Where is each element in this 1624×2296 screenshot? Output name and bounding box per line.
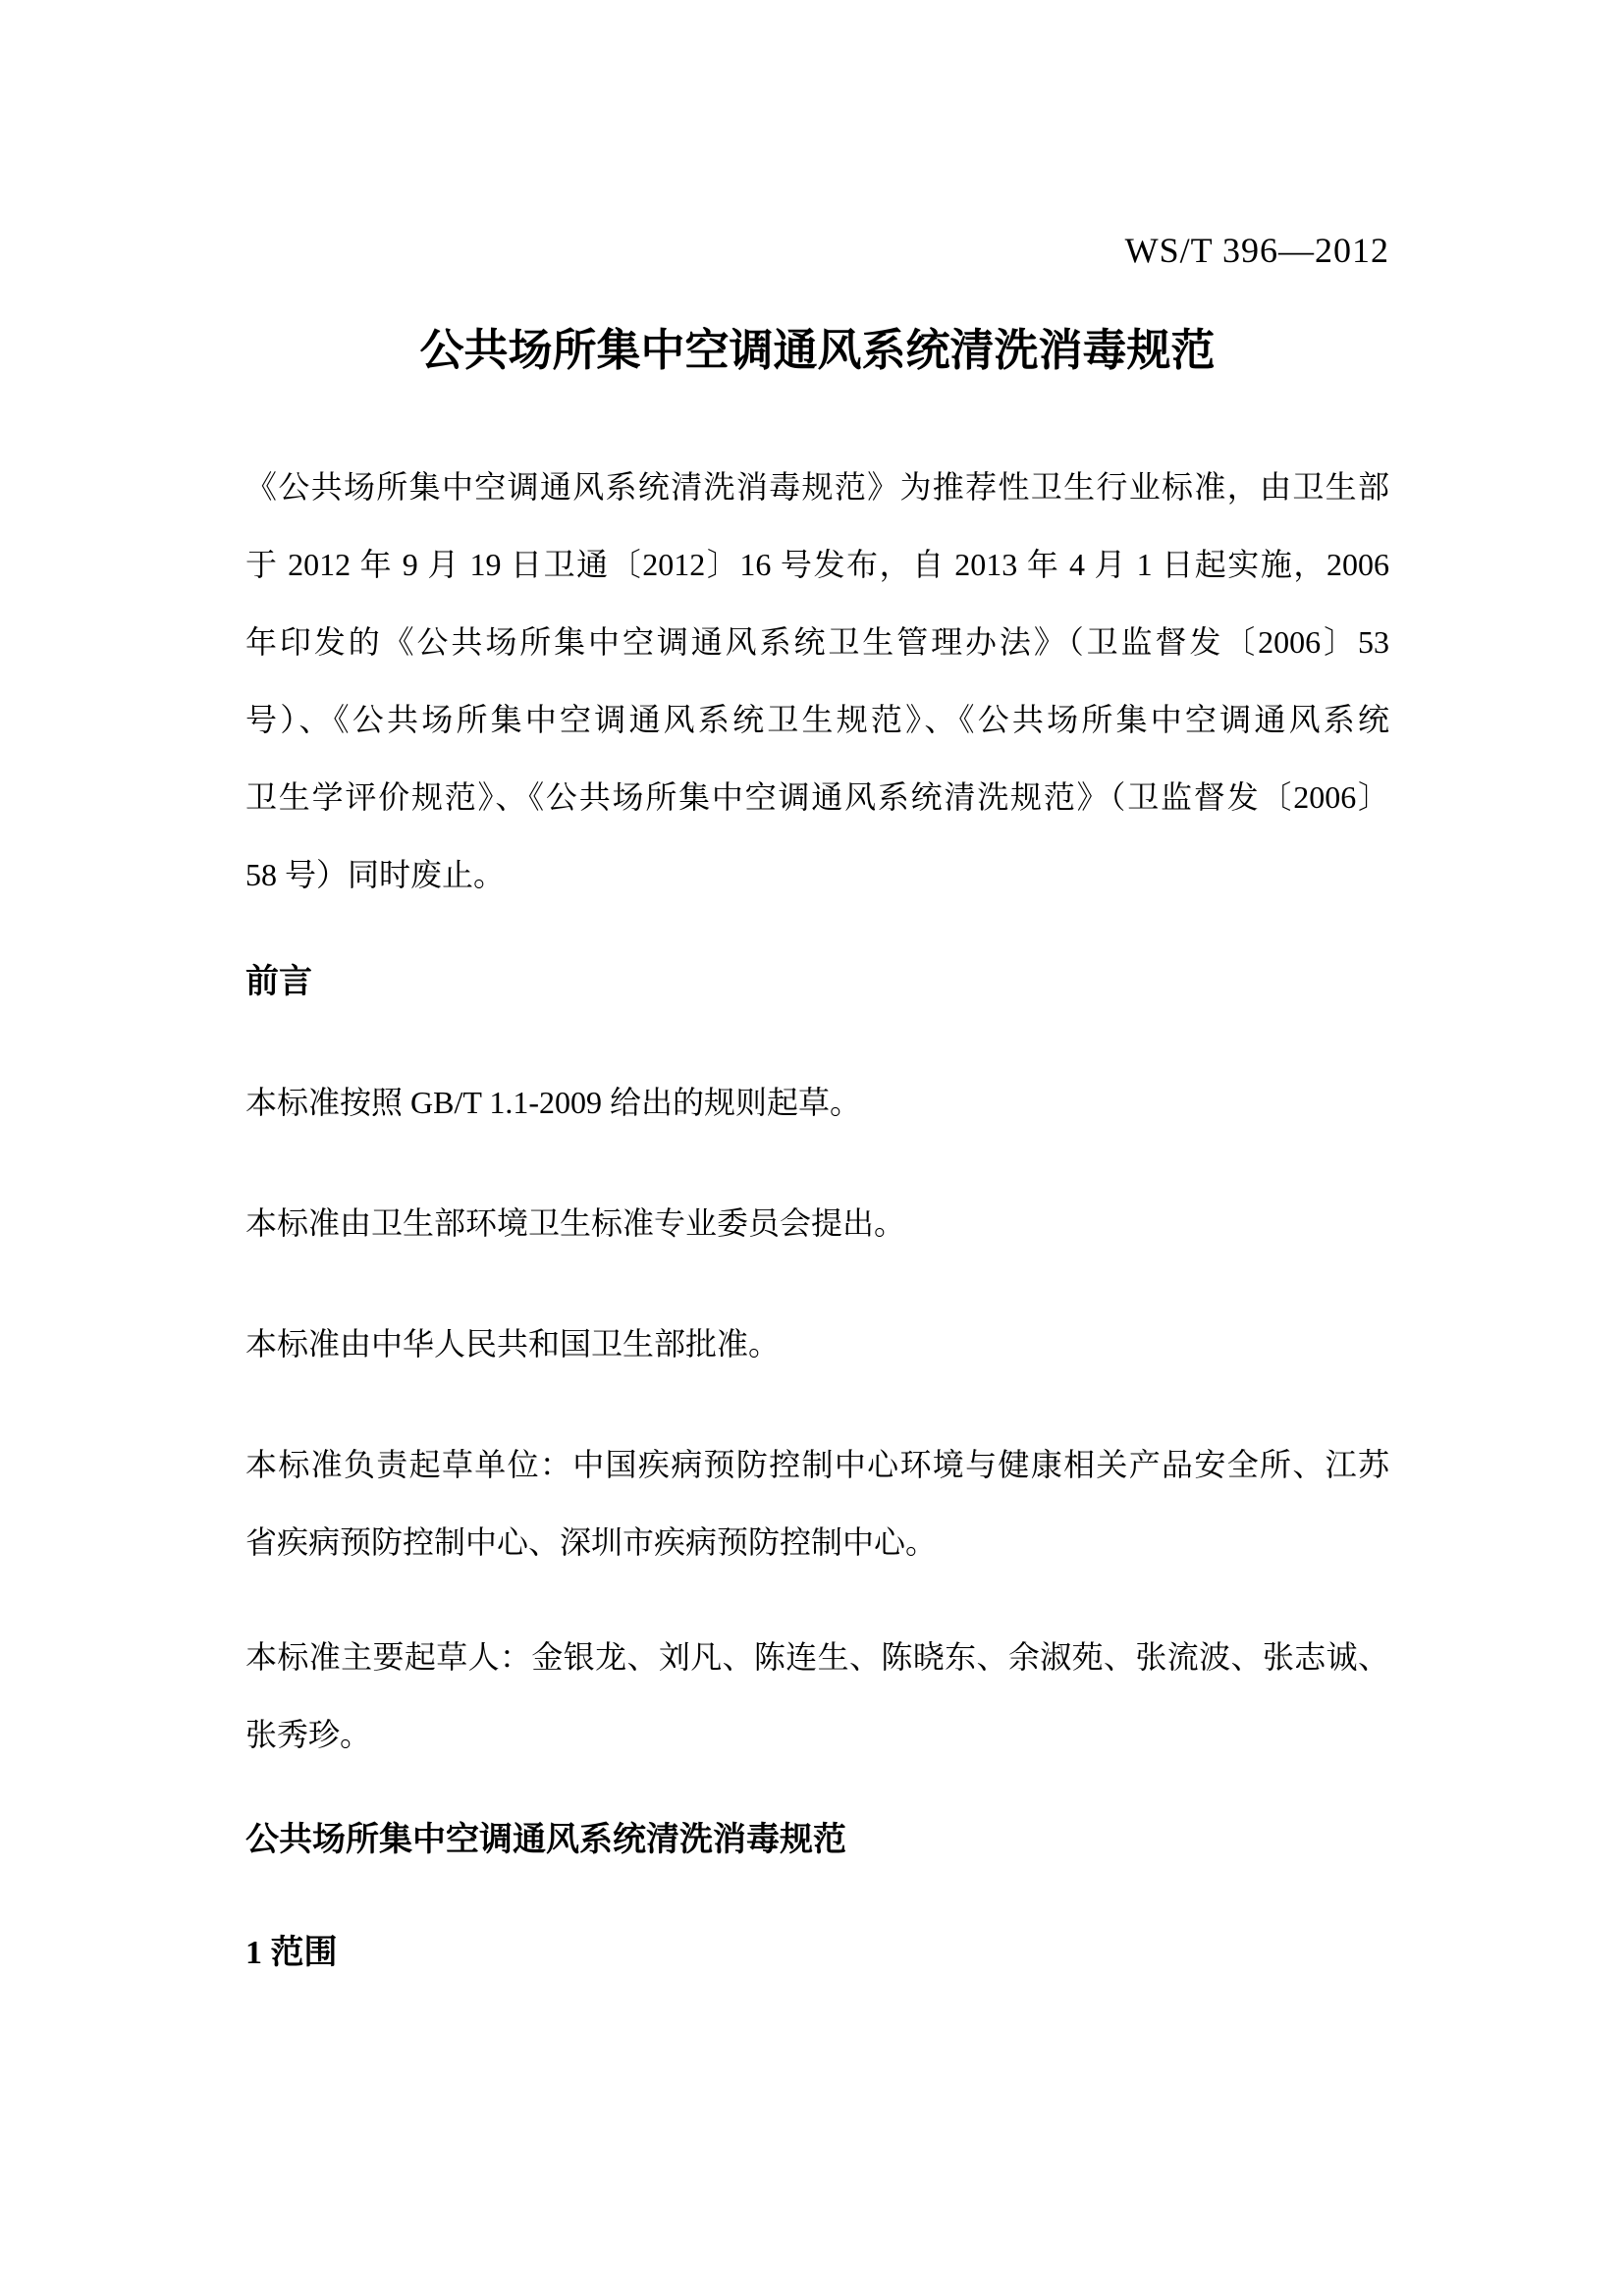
intro-line: 于 2012 年 9 月 19 日卫通〔2012〕16 号发布，自 2013 年… [245, 526, 1389, 604]
paragraph-line: 本标准由卫生部环境卫生标准专业委员会提出。 [245, 1185, 1389, 1262]
foreword-heading: 前言 [245, 943, 1389, 1021]
section-title: 公共场所集中空调通风系统清洗消毒规范 [245, 1801, 1389, 1879]
paragraph-line: 本标准负责起草单位：中国疾病预防控制中心环境与健康相关产品安全所、江苏 [245, 1426, 1389, 1504]
document-title: 公共场所集中空调通风系统清洗消毒规范 [245, 324, 1389, 378]
intro-line: 卫生学评价规范》、《公共场所集中空调通风系统清洗规范》（卫监督发〔2006〕 [245, 759, 1389, 836]
paragraph-drafting-organizations: 本标准负责起草单位：中国疾病预防控制中心环境与健康相关产品安全所、江苏 省疾病预… [245, 1426, 1389, 1581]
paragraph-line: 本标准主要起草人：金银龙、刘凡、陈连生、陈晓东、余淑苑、张流波、张志诚、 [245, 1619, 1389, 1696]
intro-line: 年印发的《公共场所集中空调通风系统卫生管理办法》（卫监督发〔2006〕53 [245, 604, 1389, 681]
paragraph-proposed-by: 本标准由卫生部环境卫生标准专业委员会提出。 [245, 1185, 1389, 1262]
intro-paragraph: 《公共场所集中空调通风系统清洗消毒规范》为推荐性卫生行业标准，由卫生部 于 20… [245, 449, 1389, 914]
intro-line: 号）、《公共场所集中空调通风系统卫生规范》、《公共场所集中空调通风系统 [245, 681, 1389, 759]
paragraph-line: 本标准由中华人民共和国卫生部批准。 [245, 1306, 1389, 1383]
paragraph-drafting-rule: 本标准按照 GB/T 1.1-2009 给出的规则起草。 [245, 1064, 1389, 1142]
document-page: WS/T 396—2012 公共场所集中空调通风系统清洗消毒规范 《公共场所集中… [0, 0, 1624, 2296]
paragraph-line: 省疾病预防控制中心、深圳市疾病预防控制中心。 [245, 1504, 1389, 1581]
paragraph-line: 本标准按照 GB/T 1.1-2009 给出的规则起草。 [245, 1064, 1389, 1142]
paragraph-line: 张秀珍。 [245, 1696, 1389, 1774]
intro-line: 58 号）同时废止。 [245, 836, 1389, 914]
intro-line: 《公共场所集中空调通风系统清洗消毒规范》为推荐性卫生行业标准，由卫生部 [245, 449, 1389, 526]
chapter-heading-scope: 1 范围 [245, 1914, 1389, 1992]
paragraph-main-drafters: 本标准主要起草人：金银龙、刘凡、陈连生、陈晓东、余淑苑、张流波、张志诚、 张秀珍… [245, 1619, 1389, 1774]
standard-number: WS/T 396—2012 [245, 231, 1389, 270]
paragraph-approved-by: 本标准由中华人民共和国卫生部批准。 [245, 1306, 1389, 1383]
